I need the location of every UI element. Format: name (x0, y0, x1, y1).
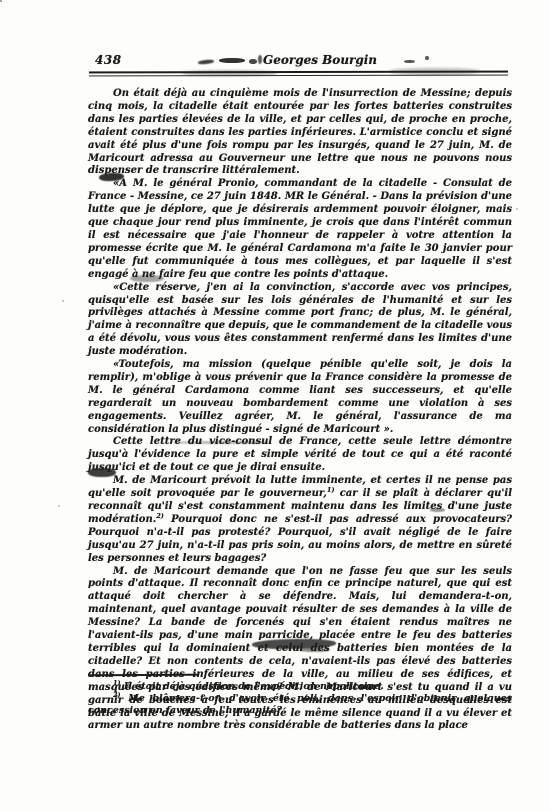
footnote-marker: 2) (113, 691, 121, 699)
footnote-ref-marker: 2) (156, 512, 164, 520)
paragraph-text: Cette lettre du vice-consul de France, c… (88, 436, 512, 473)
ink-smudge (300, 648, 330, 652)
paragraph: M. de Maricourt prévoit la lutte imminen… (88, 475, 512, 565)
page-number: 438 (95, 53, 122, 67)
paragraph: «Toutefois, ma mission (quelque pénible … (88, 359, 512, 436)
ink-smudge (88, 468, 116, 477)
ink-smudge (258, 55, 262, 64)
ink-smudge (249, 59, 257, 64)
ink-smudge (182, 70, 277, 76)
footnotes: 1) Il était déjà question de l'expéditio… (88, 681, 512, 718)
paragraph-text: «Cette réserve, j'en ai la convinction, … (88, 282, 512, 358)
paragraph: On était déjà au cinquième mois de l'ins… (88, 88, 512, 178)
paragraph-text: On était déjà au cinquième mois de l'ins… (88, 88, 512, 176)
ink-smudge (430, 508, 445, 512)
footnote-ref-marker: 1) (327, 486, 335, 494)
ink-smudge (172, 441, 272, 444)
ink-smudge (219, 58, 245, 63)
paragraph: Cette lettre du vice-consul de France, c… (88, 436, 512, 475)
ink-smudge (425, 56, 429, 60)
ink-smudge (130, 275, 164, 282)
paragraph-text: «Toutefois, ma mission (quelque pénible … (88, 359, 512, 435)
ink-smudge (404, 60, 415, 63)
scan-speckles (0, 0, 2, 2)
page-body: On était déjà au cinquième mois de l'ins… (88, 88, 512, 733)
paragraph: «A M. le général Pronio, commandant de l… (88, 178, 512, 281)
page-header: 438 Georges Bourgin (0, 53, 550, 69)
footnote: 2) Me blâmera-t-on d'avoir été poli, dan… (88, 693, 512, 717)
running-title: Georges Bourgin (263, 53, 377, 67)
paragraph-text: «A M. le général Pronio, commandant de l… (88, 178, 512, 279)
scanned-book-page: 438 Georges Bourgin On était déjà au cin… (0, 0, 550, 811)
footnote-marker: 1) (113, 679, 121, 687)
paragraph: «Cette réserve, j'en ai la convinction, … (88, 282, 512, 359)
footnote-text: Me blâmera-t-on d'avoir été poli, dans l… (88, 693, 512, 716)
footnote: 1) Il était déjà question de l'expéditio… (88, 681, 512, 693)
footnote-text: Il était déjà question de l'expédition n… (121, 681, 384, 692)
ink-smudge (390, 68, 480, 75)
